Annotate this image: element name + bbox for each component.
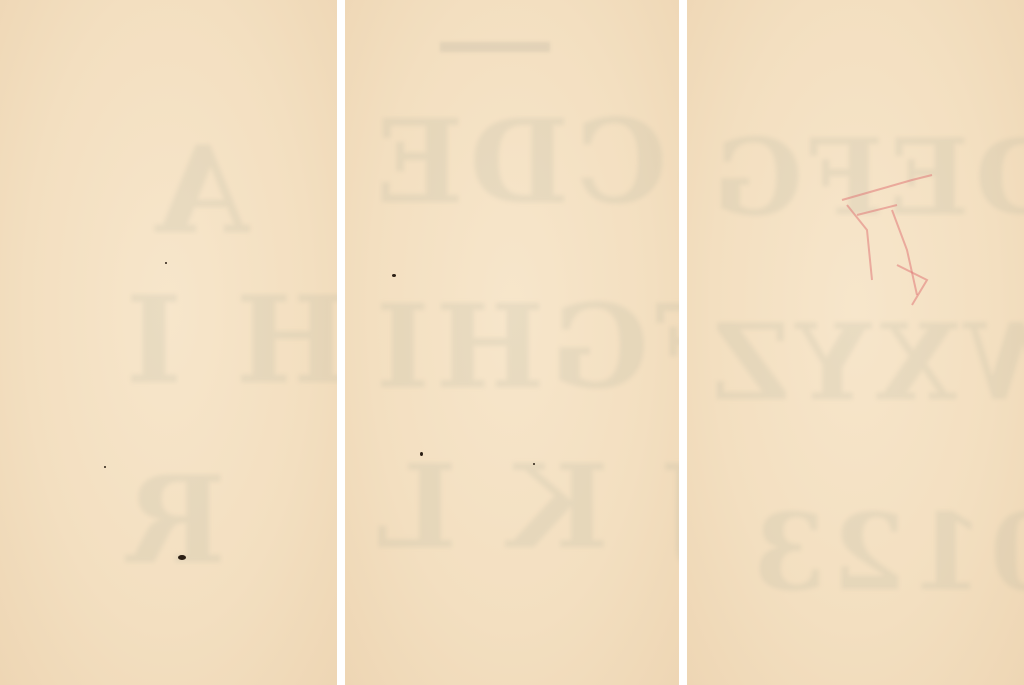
red-pencil-scribble — [837, 170, 947, 310]
ink-speck — [533, 463, 535, 465]
ink-speck — [178, 555, 186, 560]
show-through-header — [440, 42, 550, 52]
ink-speck — [392, 274, 396, 277]
middle-page-panel: ABCDE FGHI J K L — [345, 0, 679, 685]
show-through-row: R — [120, 450, 226, 591]
show-through-row: H I — [120, 270, 337, 411]
left-page-panel: A H I R — [0, 0, 337, 685]
ink-speck — [104, 466, 106, 468]
right-page-panel: ABCDEFG VWXYZ 0123 — [687, 0, 1024, 685]
show-through-row: VWXYZ — [707, 300, 1024, 424]
show-through-row: FGHI — [370, 280, 679, 415]
ink-speck — [165, 262, 167, 264]
show-through-row: 0123 — [747, 490, 1024, 614]
show-through-row: ABCDE — [370, 95, 679, 230]
show-through-row: J K L — [370, 440, 679, 575]
ink-speck — [420, 452, 423, 456]
show-through-row: A — [150, 120, 249, 261]
